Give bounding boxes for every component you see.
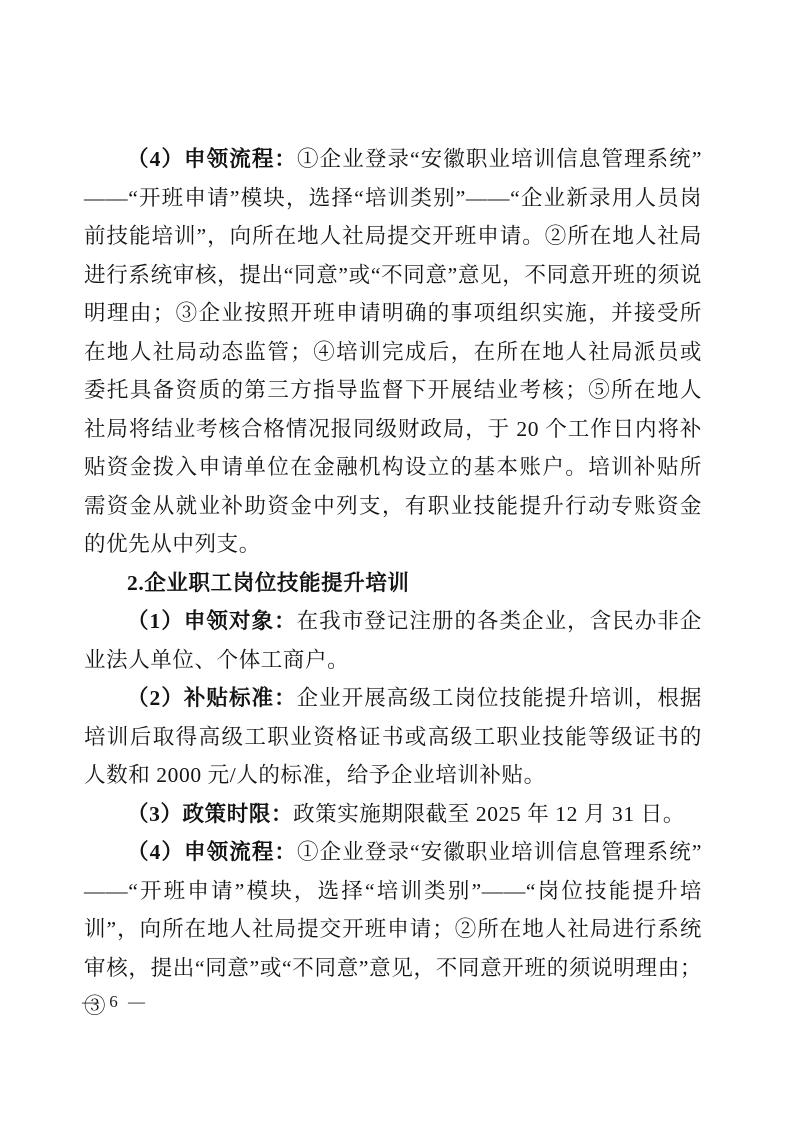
paragraph: （2）补贴标准：企业开展高级工岗位技能提升培训，根据培训后取得高级工职业资格证书…: [84, 679, 702, 795]
paragraph-lead: 2.企业职工岗位技能提升培训: [127, 571, 410, 595]
page-number: — 6 —: [82, 992, 148, 1012]
paragraph-text: ①企业登录“安徽职业培训信息管理系统”——“开班申请”模块，选择“培训类别”——…: [84, 840, 702, 1018]
paragraph-text: ①企业登录“安徽职业培训信息管理系统”——“开班申请”模块，选择“培训类别”——…: [84, 147, 702, 556]
paragraph: （4）申领流程：①企业登录“安徽职业培训信息管理系统”——“开班申请”模块，选择…: [84, 140, 702, 564]
paragraph-lead: （4）申领流程：: [127, 840, 297, 864]
paragraph-lead: （1）申领对象：: [127, 609, 297, 633]
paragraph: （3）政策时限：政策实施期限截至 2025 年 12 月 31 日。: [84, 795, 702, 834]
paragraph-lead: （3）政策时限：: [127, 802, 293, 826]
paragraph-text: 政策实施期限截至 2025 年 12 月 31 日。: [293, 802, 685, 826]
document-body: （4）申领流程：①企业登录“安徽职业培训信息管理系统”——“开班申请”模块，选择…: [84, 140, 702, 1026]
paragraph: （1）申领对象：在我市登记注册的各类企业，含民办非企业法人单位、个体工商户。: [84, 602, 702, 679]
paragraph-lead: （2）补贴标准：: [127, 686, 297, 710]
document-page: （4）申领流程：①企业登录“安徽职业培训信息管理系统”——“开班申请”模块，选择…: [0, 0, 793, 1122]
paragraph: 2.企业职工岗位技能提升培训: [84, 564, 702, 603]
paragraph: （4）申领流程：①企业登录“安徽职业培训信息管理系统”——“开班申请”模块，选择…: [84, 833, 702, 1026]
paragraph-lead: （4）申领流程：: [127, 147, 297, 171]
